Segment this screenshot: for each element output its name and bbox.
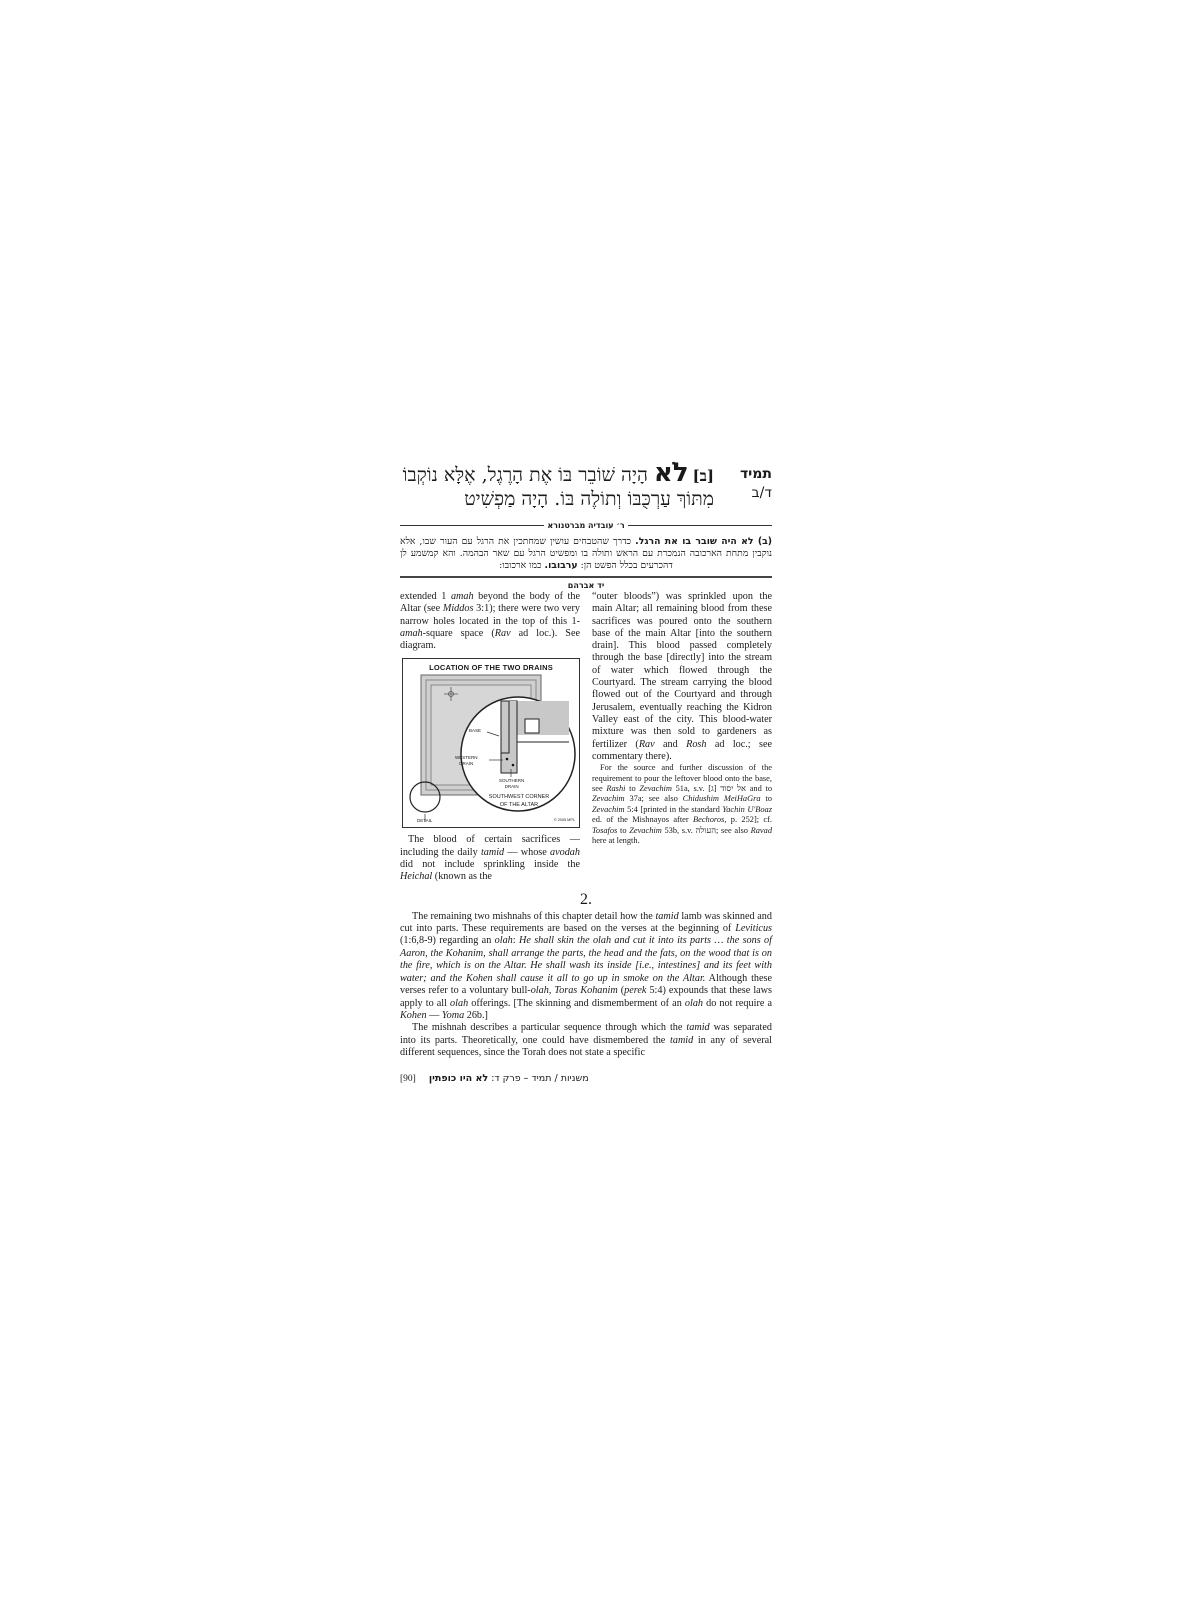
right-para-1: “outer bloods”) was sprinkled upon the m…: [592, 591, 772, 763]
page-footer: משניות / תמיד – פרק ד: לא היו כופתין [90…: [400, 1073, 772, 1084]
drains-diagram: LOCATION OF THE TWO DRAINS: [402, 658, 580, 828]
section-body: The remaining two mishnahs of this chapt…: [400, 911, 772, 1060]
page-number: [90]: [400, 1074, 416, 1084]
bartenura-tail: כמו ארכובו:: [499, 560, 541, 571]
mishnah-header: תמיד ד/ב [ב]לֹאהָיָה שׁוֹבֵר בּוֹ אֶת הָ…: [400, 462, 772, 520]
label-southwest-corner: SOUTHWEST CORNEROF THE ALTAR: [479, 793, 559, 809]
bartenura-lead-2: ערבובו.: [545, 560, 578, 571]
running-title-bold: לא היו כופתין: [429, 1073, 488, 1084]
chapter-mishnah-ref: ד/ב: [726, 484, 772, 502]
bartenura-commentary: (ב) לא היה שובר בו את הרגל. כדרך שהטבחים…: [400, 530, 772, 576]
section-para-1: The remaining two mishnahs of this chapt…: [400, 911, 772, 1023]
label-detail: DETAIL: [417, 818, 432, 823]
right-column: “outer bloods”) was sprinkled upon the m…: [592, 591, 772, 884]
tractate-name: תמיד: [726, 464, 772, 484]
mishnah-text: [ב]לֹאהָיָה שׁוֹבֵר בּוֹ אֶת הָרֶגֶל, אֶ…: [400, 462, 714, 511]
left-para-2: The blood of certain sacrifices — includ…: [400, 834, 580, 883]
commentary-columns: extended 1 amah beyond the body of the A…: [400, 591, 772, 884]
mishnah-line-2: מִתּוֹךְ עַרְכֻּבּוֹ וְתוֹלֶה בּוֹ. הָיָ…: [464, 488, 714, 510]
copyright-note: © 2005 MPL: [554, 818, 575, 822]
label-western-drain: WESTERNDRAIN: [455, 755, 478, 767]
label-southern-drain: SOUTHERNDRAIN: [499, 778, 524, 790]
mishnah-number: [ב]: [693, 467, 714, 485]
left-column: extended 1 amah beyond the body of the A…: [400, 591, 580, 884]
running-head: תמיד ד/ב: [726, 464, 772, 502]
opening-word: לֹא: [654, 458, 689, 488]
section-para-2: The mishnah describes a particular seque…: [400, 1022, 772, 1059]
bartenura-lead: (ב) לא היה שובר בו את הרגל.: [635, 536, 772, 547]
left-para-1: extended 1 amah beyond the body of the A…: [400, 591, 580, 652]
label-base: BASE: [469, 728, 481, 733]
mishnah-line-1: הָיָה שׁוֹבֵר בּוֹ אֶת הָרֶגֶל, אֶלָּא נ…: [403, 464, 648, 486]
yad-avraham-title: יד אברהם: [400, 578, 772, 591]
divider-line: [400, 525, 544, 526]
bartenura-divider: ר׳ עובדיה מברטנורא: [400, 521, 772, 530]
running-title: משניות / תמיד – פרק ד:: [491, 1073, 588, 1084]
book-page: תמיד ד/ב [ב]לֹאהָיָה שׁוֹבֵר בּוֹ אֶת הָ…: [400, 462, 772, 1084]
bartenura-title: ר׳ עובדיה מברטנורא: [544, 521, 627, 530]
right-para-2: For the source and further discussion of…: [592, 763, 772, 846]
divider-line: [628, 525, 772, 526]
section-number: 2.: [400, 884, 772, 911]
